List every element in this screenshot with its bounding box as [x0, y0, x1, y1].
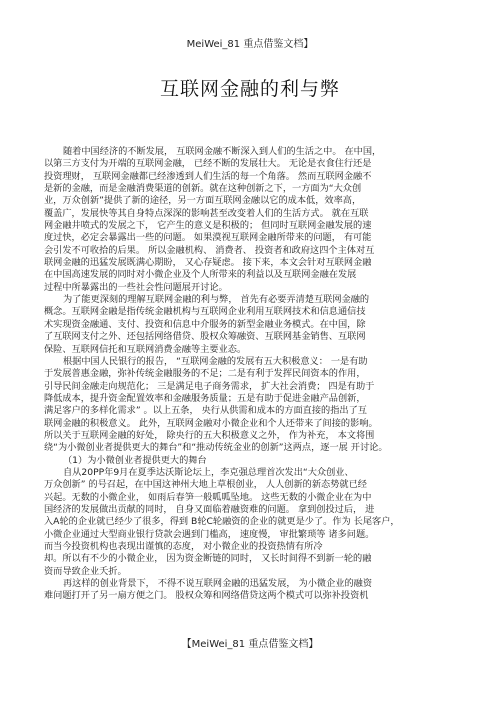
body-line: 为了能更深刻的理解互联网金融的利与弊， 首先有必要弄清楚互联网金融的 [44, 294, 464, 306]
body-line: 入A轮的企业就已经少了很多，得到 B轮C轮融资的企业的就更是少了。作为 长尾客户… [44, 516, 464, 528]
body-line: 却。所以有不少的小微企业， 因为资金断链的同时， 又长时间得不到新一轮的融 [44, 553, 464, 565]
body-line: 兴起。无数的小微企业， 如雨后春笋一般呱呱坠地。 这些无数的小微企业在为中 [44, 492, 464, 504]
body-line: （1）为小微创业者提供更大的舞台 [44, 455, 464, 467]
body-line: 万众创新” 的号召起，在中国这神州大地上草根创业， 人人创新的新态势就已经 [44, 479, 464, 491]
document-title: 互联网金融的利与弊 [0, 74, 500, 101]
body-line: 根据中国人民银行的报告， “互联网金融的发展有五大积极意义： 一是有助 [44, 356, 464, 368]
body-line: 满足客户的多样化需求” 。以上五条， 央行从供需和成本的方面直接的指出了互 [44, 405, 464, 417]
body-line: 覆盖广，发展快等其自身特点深深的影响甚至改变着人们的生活方式。 就在互联 [44, 208, 464, 220]
page-header: MeiWei_81 重点借鉴文档】 [0, 35, 500, 50]
body-line: 网金融井喷式的发展之下， 它产生的意义是积极的； 但同时互联网金融发展的速 [44, 220, 464, 232]
body-line: 随着中国经济的不断发展， 互联网金融不断深入到人们的生活之中。 在中国， [44, 146, 464, 158]
body-line: 降低成本，提升资金配置效率和金融服务质量；五是有助于促进金融产品创新， [44, 393, 464, 405]
body-line: 投资理财， 互联网金融都已经渗透到人们生活的每一个角落。 然而互联网金融不 [44, 171, 464, 183]
body-line: 自从20PP年9月在夏季达沃斯论坛上，李克强总理首次发出“大众创业、 [44, 467, 464, 479]
body-line: 资而导致企业夭折。 [44, 566, 464, 578]
body-line: 在中国高速发展的同时对小微企业及个人所带来的利益以及互联网金融在发展 [44, 269, 464, 281]
body-line: 度过快，必定会暴露出一些的问题。 如果漠视互联网金融所带来的问题， 有可能 [44, 232, 464, 244]
body-line: 绕“为小微创业者提供更大的舞台”和“推动传统金业的创新”这两点，逐一展 开讨论。 [44, 442, 464, 454]
body-line: 会引发不可收拾的后果。 所以金融机构、 消费者、 投资者和政府这四个主体对互 [44, 245, 464, 257]
body-line: 小微企业通过大型商业银行贷款会遇到门槛高， 速度慢， 审批繁琐等 诸多问题。 [44, 529, 464, 541]
body-line: 引导民间金融走向规范化； 三是满足电子商务需求， 扩大社会消费； 四是有助于 [44, 381, 464, 393]
body-line: 保险、互联网信托和互联网消费金融等主要业态。 [44, 344, 464, 356]
body-line: 联网金融的积极意义。 此外，互联网金融对小微企业和个人还带来了间接的影响。 [44, 418, 464, 430]
body-line: 难问题打开了另一扇方便之门。 股权众筹和网络借贷这两个模式可以弥补投资机 [44, 590, 464, 602]
body-line: 而当今投资机构也表现出谨慎的态度， 对小微企业的投资热情有所冷 [44, 541, 464, 553]
body-line: 概念。互联网金融是指传统金融机构与互联网企业利用互联网技术和信息通信技 [44, 306, 464, 318]
body-line: 于发展普惠金融，弥补传统金融服务的不足；二是有利于发挥民间资本的作用， [44, 368, 464, 380]
body-line: 了互联网支付之外、还包括网络借贷、股权众筹融资、互联网基金销售、互联网 [44, 331, 464, 343]
body-line: 再这样的创业背景下， 不得不说互联网金融的迅猛发展， 为小微企业的融资 [44, 578, 464, 590]
body-line: 以第三方支付为开端的互联网金融， 已经不断的发展壮大。 无论是衣食住行还是 [44, 158, 464, 170]
document-body: 随着中国经济的不断发展， 互联网金融不断深入到人们的生活之中。 在中国，以第三方… [44, 146, 464, 603]
body-line: 所以关于互联网金融的好处， 除央行的五大积极意义之外， 作为补充， 本文将围 [44, 430, 464, 442]
body-line: 是新的金融，而是金融消费渠道的创新。就在这种创新之下，一方面为“大众创 [44, 183, 464, 195]
page-footer: 【MeiWei_81 重点借鉴文档】 [0, 635, 500, 650]
body-line: 国经济的发展做出贡献的同时， 自身又面临着融资难的问题。 拿到创投过后， 进 [44, 504, 464, 516]
body-line: 过程中所暴露出的一些社会性问题展开讨论。 [44, 282, 464, 294]
body-line: 术实现资金融通、支付、投资和信息中介服务的新型金融业务模式。在中国，除 [44, 319, 464, 331]
body-line: 业，万众创新”提供了新的途径，另一方面互联网金融以它的成本低，效率高， [44, 195, 464, 207]
body-line: 联网金融的迅猛发展既满心期盼， 又心存疑虑。 接下来，本文会针对互联网金融 [44, 257, 464, 269]
